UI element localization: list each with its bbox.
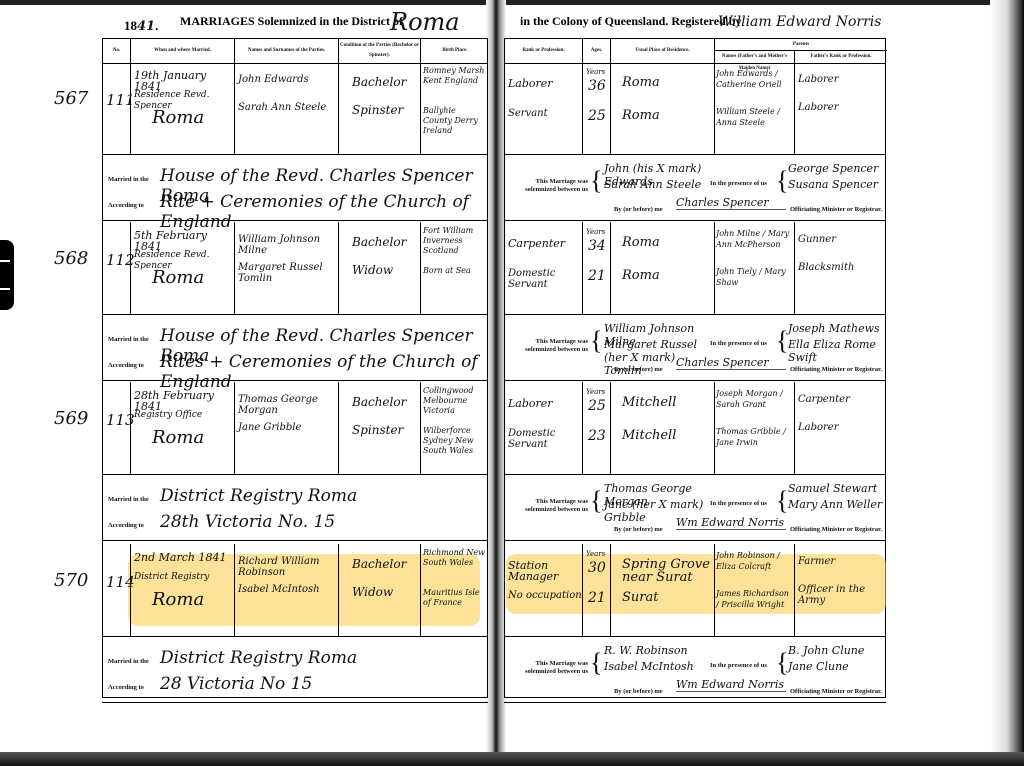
by-before-label: By (or before) me <box>614 688 663 695</box>
groom-name: Thomas George Morgan <box>238 394 336 416</box>
bride-parents: John Tiely / Mary Shaw <box>716 266 794 288</box>
bride-parents: William Steele / Anna Steele <box>716 106 794 128</box>
bride-condition: Widow <box>352 584 393 600</box>
groom-condition: Bachelor <box>352 234 406 250</box>
registrar-name: William Edward Norris <box>718 14 881 30</box>
bride-birthplace: Born at Sea <box>423 266 487 276</box>
year-handwritten: 41 <box>137 19 155 34</box>
groom-name: John Edwards <box>238 74 336 85</box>
col-header-ages: Ages. <box>583 39 611 63</box>
entry-number: 114 <box>106 574 135 590</box>
entry-divider <box>504 702 886 703</box>
column-divider <box>420 382 421 474</box>
by-before-label: By (or before) me <box>614 366 663 373</box>
groom-name: William Johnson Milne <box>238 234 336 256</box>
brace: { <box>590 328 602 354</box>
marriage-date: 5th February 1841 <box>134 230 232 252</box>
groom-age: 36 <box>588 78 606 94</box>
presence-label: In the presence of us <box>710 340 767 347</box>
column-divider <box>610 544 611 636</box>
groom-age: 30 <box>588 560 606 576</box>
witness-1: George Spencer <box>788 162 884 175</box>
presence-label: In the presence of us <box>710 500 767 507</box>
officiant-signature: Charles Spencer <box>676 356 786 370</box>
officiating-label: Officiating Minister or Registrar. <box>790 526 882 533</box>
groom-parents: John Robinson / Eliza Colcraft <box>716 550 794 572</box>
column-divider <box>582 544 583 636</box>
entry-right: CarpenterDomestic ServantYears3421RomaRo… <box>504 222 886 380</box>
margin-entry-number: 567 <box>54 88 88 109</box>
groom-residence: Roma <box>622 236 712 249</box>
column-divider <box>234 382 235 474</box>
year-printed: 18 <box>124 18 137 33</box>
groom-condition: Bachelor <box>352 394 406 410</box>
marriage-date: 19th January 1841 <box>134 70 232 92</box>
row-divider <box>504 314 886 315</box>
column-divider <box>582 382 583 474</box>
row-divider <box>504 154 886 155</box>
bride-father-profession: Officer in the Army <box>798 584 884 606</box>
column-divider <box>714 222 715 314</box>
column-divider <box>714 382 715 474</box>
bride-name: Sarah Ann Steele <box>238 102 336 113</box>
column-divider <box>714 544 715 636</box>
bride-father-profession: Laborer <box>798 422 884 433</box>
brace: { <box>776 328 788 354</box>
bride-name: Isabel McIntosh <box>238 584 336 595</box>
solemnized-between-label: This Marriage was solemnized between us <box>510 338 588 354</box>
married-in-value: District Registry Roma <box>160 648 357 668</box>
column-divider <box>234 222 235 314</box>
entry-divider <box>504 540 886 541</box>
col-header-when-where: When and where Married. <box>131 39 235 63</box>
brace: { <box>590 488 602 514</box>
register-title-right: in the Colony of Queensland. Registered … <box>520 14 741 29</box>
bride-parents: Thomas Gribble / Jane Irwin <box>716 426 794 448</box>
entry-number: 112 <box>106 252 135 268</box>
officiating-label: Officiating Minister or Registrar. <box>790 688 882 695</box>
groom-parents: Joseph Morgan / Sarah Grant <box>716 388 794 410</box>
bride-residence: Surat <box>622 590 712 606</box>
book-gutter <box>486 0 506 766</box>
district-name: Roma <box>390 8 460 36</box>
married-in-label: Married in the <box>108 658 149 665</box>
according-to-label: According to <box>108 362 144 369</box>
groom-profession: Station Manager <box>508 560 582 582</box>
groom-condition: Bachelor <box>352 74 406 90</box>
column-divider <box>610 382 611 474</box>
groom-signature: R. W. Robinson <box>604 644 714 657</box>
brace: { <box>590 650 602 676</box>
officiant-signature: Charles Spencer <box>676 196 786 210</box>
married-in-label: Married in the <box>108 336 149 343</box>
entry-number: 113 <box>106 412 135 428</box>
married-in-value: District Registry Roma <box>160 486 357 506</box>
col-header-residence: Usual Place of Residence. <box>611 39 715 63</box>
row-divider <box>102 636 488 637</box>
column-divider <box>338 222 339 314</box>
col-header-parents: Parents <box>715 39 887 51</box>
bride-birthplace: Ballyhie County Derry Ireland <box>423 106 487 136</box>
entry-left: 1142nd March 1841District RegistryRomaRi… <box>102 544 488 702</box>
scan-top-edge <box>0 0 1024 5</box>
column-divider <box>794 382 795 474</box>
row-divider <box>102 314 488 315</box>
groom-residence: Spring Grove near Surat <box>622 558 712 584</box>
entry-divider <box>504 220 886 221</box>
entry-right: LaborerServantYears3625RomaRomaJohn Edwa… <box>504 62 886 220</box>
column-divider <box>794 544 795 636</box>
bride-condition: Spinster <box>352 422 403 438</box>
column-divider <box>420 62 421 154</box>
margin-entry-number: 569 <box>54 408 88 429</box>
married-in-label: Married in the <box>108 496 149 503</box>
groom-parents: John Milne / Mary Ann McPherson <box>716 228 794 250</box>
col-header-birthplace: Birth Place. <box>421 39 489 63</box>
row-divider <box>102 154 488 155</box>
marriage-place: Roma <box>152 110 204 126</box>
entry-divider <box>102 540 488 541</box>
bride-residence: Roma <box>622 108 712 124</box>
bride-parents: James Richardson / Priscilla Wright <box>716 588 794 610</box>
bride-father-profession: Blacksmith <box>798 262 884 273</box>
column-divider <box>338 544 339 636</box>
brace: { <box>776 168 788 194</box>
bride-condition: Spinster <box>352 102 403 118</box>
witness-2: Susana Spencer <box>788 178 884 191</box>
bride-profession: No occupation <box>508 590 582 601</box>
groom-father-profession: Carpenter <box>798 394 884 405</box>
register-year: 1841. <box>124 18 158 34</box>
bride-age: 25 <box>588 108 606 124</box>
groom-father-profession: Laborer <box>798 74 884 85</box>
solemnized-between-label: This Marriage was solemnized between us <box>510 498 588 514</box>
bride-age: 23 <box>588 428 606 444</box>
marriage-date: 28th February 1841 <box>134 390 232 412</box>
page-edge <box>990 0 1024 766</box>
married-in-label: Married in the <box>108 176 149 183</box>
entry-divider <box>102 702 488 703</box>
row-divider <box>504 474 886 475</box>
groom-age: 34 <box>588 238 606 254</box>
column-divider <box>582 222 583 314</box>
row-divider <box>102 474 488 475</box>
brace: { <box>776 650 788 676</box>
entry-divider <box>504 380 886 381</box>
marriage-place: Roma <box>152 592 204 608</box>
column-divider <box>582 62 583 154</box>
bride-birthplace: Wilberforce Sydney New South Wales <box>423 426 487 456</box>
groom-profession: Carpenter <box>508 238 582 249</box>
entry-number: 111 <box>106 92 135 108</box>
bride-profession: Servant <box>508 108 582 119</box>
witness-1: Joseph Mathews <box>788 322 884 335</box>
column-divider <box>794 62 795 154</box>
officiant-signature: Wm Edward Norris <box>676 516 786 530</box>
margin-entry-number: 570 <box>54 570 88 591</box>
bride-residence: Roma <box>622 268 712 284</box>
groom-father-profession: Gunner <box>798 234 884 245</box>
brace: { <box>776 488 788 514</box>
bride-condition: Widow <box>352 262 393 278</box>
witness-1: Samuel Stewart <box>788 482 884 495</box>
groom-profession: Laborer <box>508 78 582 89</box>
groom-residence: Roma <box>622 76 712 89</box>
brace: { <box>590 168 602 194</box>
marriage-location: Registry Office <box>134 410 232 421</box>
column-divider <box>234 544 235 636</box>
according-to-value: 28 Victoria No 15 <box>160 674 312 694</box>
column-divider <box>420 222 421 314</box>
according-to-label: According to <box>108 522 144 529</box>
column-divider <box>610 222 611 314</box>
col-header-no: No. <box>103 39 131 63</box>
bride-signature: Sarah Ann Steele <box>604 178 714 191</box>
groom-birthplace: Romney Marsh Kent England <box>423 66 487 86</box>
column-divider <box>610 62 611 154</box>
entry-left: 1125th February 1841Residence Revd. Spen… <box>102 222 488 380</box>
bride-age: 21 <box>588 268 606 284</box>
bride-residence: Mitchell <box>622 428 712 444</box>
bride-name: Margaret Russel Tomlin <box>238 262 336 284</box>
according-to-value: 28th Victoria No. 15 <box>160 512 335 532</box>
column-divider <box>338 382 339 474</box>
presence-label: In the presence of us <box>710 180 767 187</box>
col-header-names: Names and Surnames of the Parties. <box>235 39 339 63</box>
row-divider <box>504 636 886 637</box>
scan-bottom-edge <box>0 752 1024 766</box>
marriage-place: Roma <box>152 270 204 286</box>
groom-father-profession: Farmer <box>798 556 884 567</box>
by-before-label: By (or before) me <box>614 526 663 533</box>
groom-profession: Laborer <box>508 398 582 409</box>
col-header-profession: Rank or Profession. <box>505 39 583 63</box>
according-to-label: According to <box>108 684 144 691</box>
bookmark-ribbon <box>0 240 14 310</box>
witness-2: Mary Ann Weller <box>788 498 884 511</box>
solemnized-between-label: This Marriage was solemnized between us <box>510 178 588 194</box>
entry-right: LaborerDomestic ServantYears2523Mitchell… <box>504 382 886 540</box>
officiating-label: Officiating Minister or Registrar. <box>790 366 882 373</box>
groom-residence: Mitchell <box>622 396 712 409</box>
entry-left: 11328th February 1841Registry OfficeRoma… <box>102 382 488 540</box>
witness-2: Jane Clune <box>788 660 884 673</box>
presence-label: In the presence of us <box>710 662 767 669</box>
groom-birthplace: Richmond New South Wales <box>423 548 487 568</box>
bride-signature: Isabel McIntosh <box>604 660 714 673</box>
bride-profession: Domestic Servant <box>508 268 582 290</box>
solemnized-between-label: This Marriage was solemnized between us <box>510 660 588 676</box>
bride-profession: Domestic Servant <box>508 428 582 450</box>
column-divider <box>714 62 715 154</box>
groom-birthplace: Collingwood Melbourne Victoria <box>423 386 487 416</box>
groom-birthplace: Fort William Inverness Scotland <box>423 226 487 256</box>
column-divider <box>794 222 795 314</box>
margin-entry-number: 568 <box>54 248 88 269</box>
witness-1: B. John Clune <box>788 644 884 657</box>
register-title-left: MARRIAGES Solemnized in the District of <box>180 14 403 29</box>
marriage-date: 2nd March 1841 <box>134 552 232 563</box>
column-divider <box>338 62 339 154</box>
col-header-condition: Condition of the Parties (Bachelor or Sp… <box>339 39 421 63</box>
bride-father-profession: Laborer <box>798 102 884 113</box>
according-to-label: According to <box>108 202 144 209</box>
marriage-place: Roma <box>152 430 204 446</box>
bride-name: Jane Gribble <box>238 422 336 433</box>
column-divider <box>234 62 235 154</box>
bride-birthplace: Mauritius Isle of France <box>423 588 487 608</box>
by-before-label: By (or before) me <box>614 206 663 213</box>
entry-right: Station ManagerNo occupationYears3021Spr… <box>504 544 886 702</box>
witness-2: Ella Eliza Rome Swift <box>788 338 884 364</box>
groom-name: Richard William Robinson <box>238 556 336 578</box>
entry-left: 11119th January 1841Residence Revd. Spen… <box>102 62 488 220</box>
marriage-location: District Registry <box>134 572 232 583</box>
groom-condition: Bachelor <box>352 556 406 572</box>
groom-age: 25 <box>588 398 606 414</box>
officiating-label: Officiating Minister or Registrar. <box>790 206 882 213</box>
officiant-signature: Wm Edward Norris <box>676 678 786 692</box>
bride-age: 21 <box>588 590 606 606</box>
groom-parents: John Edwards / Catherine Oriell <box>716 68 794 90</box>
column-divider <box>420 544 421 636</box>
